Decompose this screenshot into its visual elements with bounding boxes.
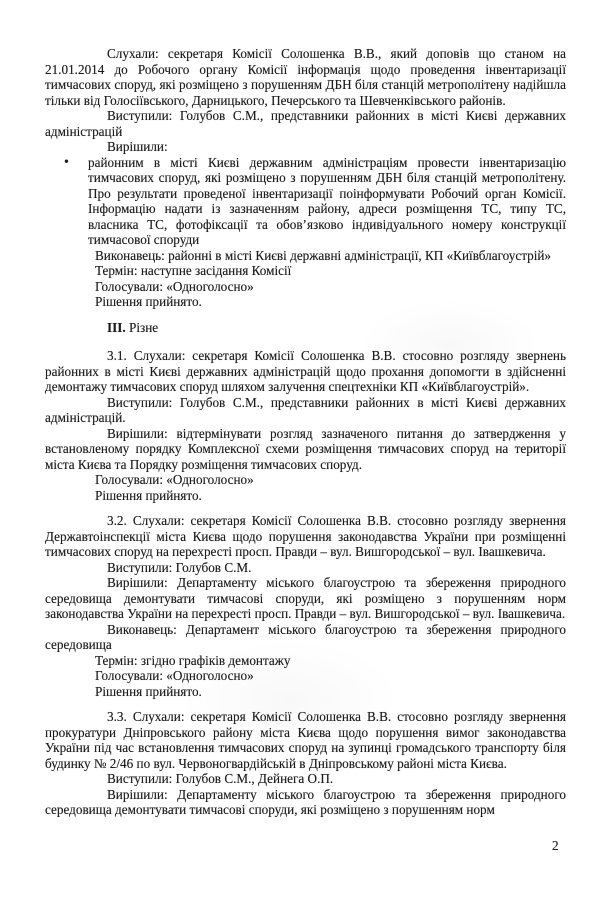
paragraph: Вирішили: (45, 139, 566, 155)
paragraph: 3.3. Слухали: секретаря Комісії Солошенк… (45, 709, 566, 771)
paragraph: Виступили: Голубов С.М. (45, 560, 566, 576)
paragraph: Виступили: Голубов С.М., Дейнега О.П. (45, 771, 566, 787)
document-body: Слухали: секретаря Комісії Солошенка В.В… (45, 46, 566, 818)
paragraph: Виступили: Голубов С.М., представники ра… (45, 108, 566, 139)
paragraph: Вирішили: Департаменту міського благоуст… (45, 787, 566, 818)
document-page: Слухали: секретаря Комісії Солошенка В.В… (0, 0, 600, 902)
page-number: 2 (552, 838, 559, 854)
heading-number: III. (107, 320, 126, 335)
paragraph: Рішення прийнято. (45, 684, 566, 700)
paragraph: Виконавець: Департамент міського благоус… (45, 622, 566, 653)
paragraph: Голосували: «Одноголосно» (45, 668, 566, 684)
bullet-item: районним в місті Києві державним адмініс… (88, 155, 566, 248)
paragraph: Вирішили: відтермінувати розгляд зазначе… (45, 426, 566, 473)
paragraph: Термін: згідно графіків демонтажу (45, 653, 566, 669)
paragraph: Термін: наступне засідання Комісії (45, 263, 566, 279)
paragraph: Виконавець: районні в місті Києві держав… (45, 248, 566, 264)
paragraph: 3.1. Слухали: секретаря Комісії Солошенк… (45, 348, 566, 395)
heading-label: Різне (129, 320, 158, 335)
paragraph: Рішення прийнято. (45, 294, 566, 310)
paragraph: Рішення прийнято. (45, 488, 566, 504)
paragraph: Вирішили: Департаменту міського благоуст… (45, 575, 566, 622)
paragraph: Голосували: «Одноголосно» (45, 279, 566, 295)
section-heading: III. Різне (45, 320, 566, 336)
paragraph: 3.2. Слухали: секретаря Комісії Солошенк… (45, 513, 566, 560)
paragraph: Слухали: секретаря Комісії Солошенка В.В… (45, 46, 566, 108)
paragraph: Виступили: Голубов С.М., представники ра… (45, 395, 566, 426)
paragraph: Голосували: «Одноголосно» (45, 472, 566, 488)
